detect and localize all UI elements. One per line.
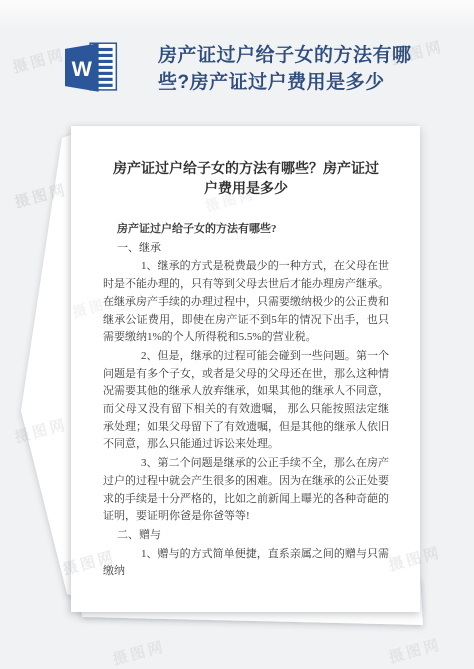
document-title: 房产证过户给子女的方法有哪些？房产证过户费用是多少 bbox=[110, 160, 382, 200]
paragraph: 二、赠与 bbox=[103, 527, 389, 545]
preview-title: 房产证过户给子女的方法有哪些?房产证过户费用是多少 bbox=[158, 42, 416, 96]
document-stack: 房产证过户给子女的方法有哪些？房产证过户费用是多少 房产证过户给子女的方法有哪些… bbox=[71, 126, 420, 612]
paragraph: 1、继承的方式是税费最少的一种方式，在父母在世时是不能办理的，只有等到父母去世后… bbox=[103, 258, 389, 347]
preview-canvas: W 房产证过户给子女的方法有哪些?房产证过户费用是多少 房产证过户给子女的方法有… bbox=[0, 0, 474, 669]
word-file-icon: W bbox=[65, 40, 121, 95]
paragraph: 2、但是，继承的过程可能会碰到一些问题。第一个问题是有多个子女，或者是父母的父母… bbox=[103, 348, 389, 454]
header: W 房产证过户给子女的方法有哪些?房产证过户费用是多少 bbox=[65, 40, 416, 96]
document-page: 房产证过户给子女的方法有哪些？房产证过户费用是多少 房产证过户给子女的方法有哪些… bbox=[71, 126, 420, 612]
svg-text:W: W bbox=[72, 57, 93, 81]
document-body: 房产证过户给子女的方法有哪些?一、继承1、继承的方式是税费最少的一种方式，在父母… bbox=[103, 221, 389, 581]
paragraph: 1、赠与的方式简单便捷，直系亲属之间的赠与只需缴纳 bbox=[103, 546, 389, 581]
word-icon-graphic: W bbox=[65, 40, 121, 95]
paragraph: 3、第二个问题是继承的公正手续不全，那么在房产过户的过程中就会产生很多的困难。因… bbox=[103, 455, 389, 526]
paragraph: 一、继承 bbox=[103, 240, 389, 258]
back-page-left bbox=[21, 134, 73, 596]
paragraph: 房产证过户给子女的方法有哪些? bbox=[103, 221, 389, 239]
watermark-text: 摄图网 bbox=[10, 43, 68, 77]
